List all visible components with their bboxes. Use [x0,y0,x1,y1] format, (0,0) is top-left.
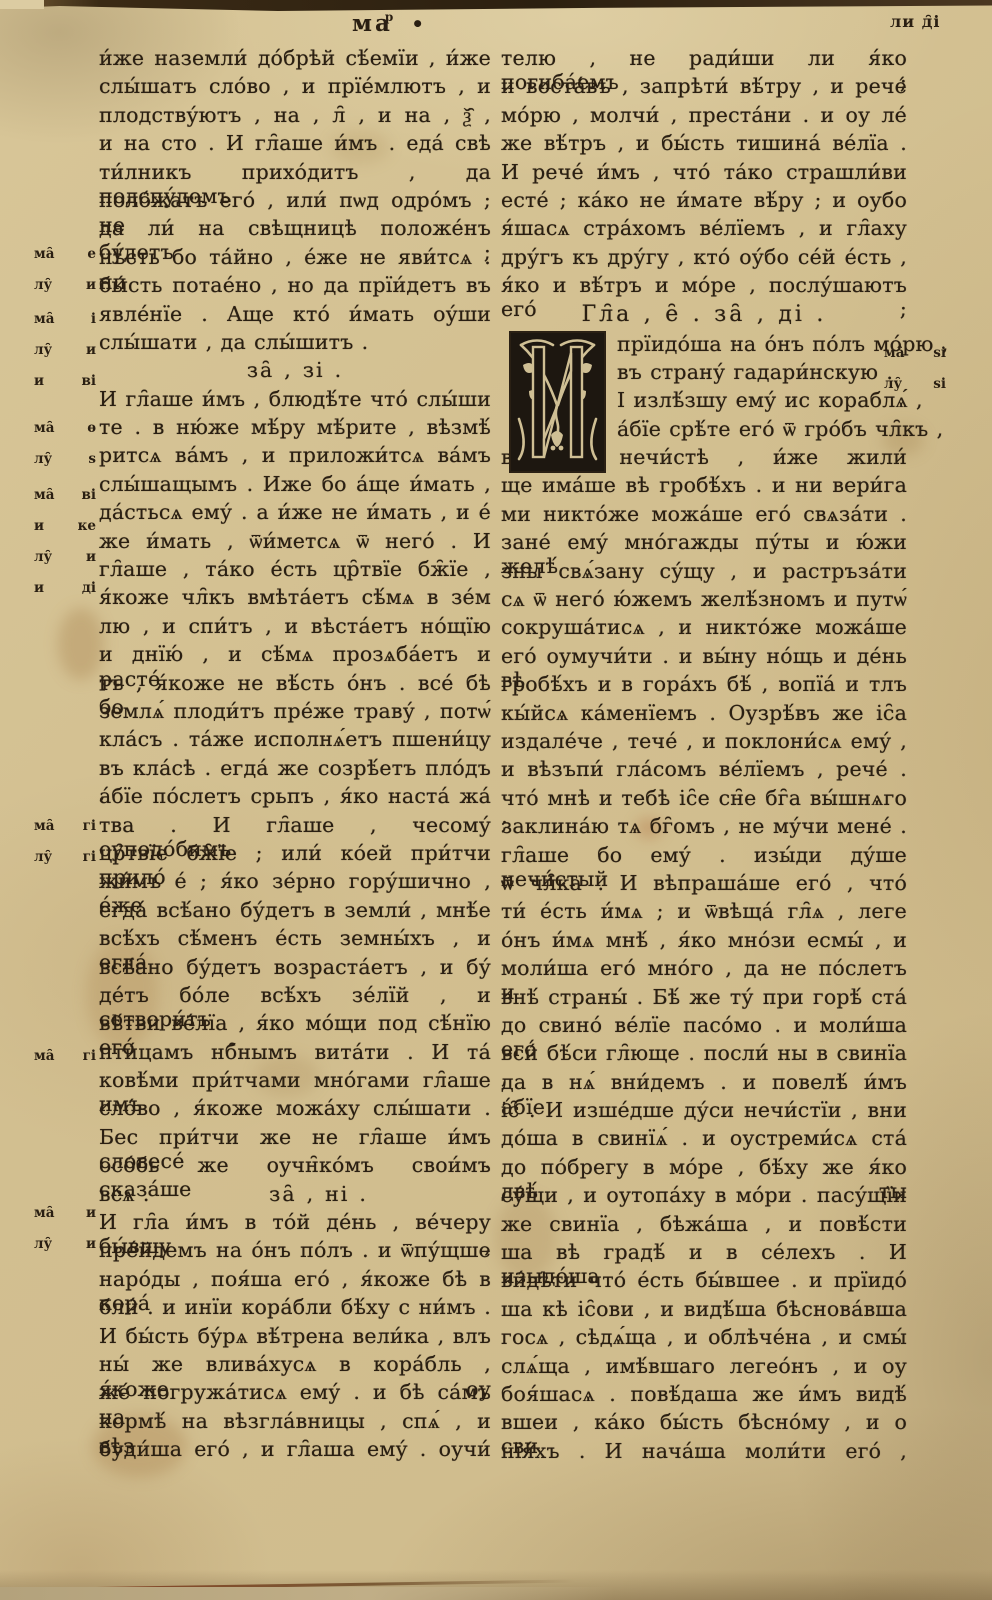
text-line: внѣ́ страны́ . Бѣ́ же ту́ при горѣ́ ста́ [501,985,907,1013]
text-line: пре́йдемъ на о́нъ по́лъ . и ѿпу́щше [99,1238,491,1266]
margin-note-label: лу̑ [34,451,52,482]
margin-note-label: лу̑ [884,376,902,407]
margin-note-number: гі [83,818,96,849]
text-line: егда́ всѣ́ано бу́детъ в земли́ , мнѣ́е [99,898,491,926]
margin-note: ма̑ѳлу̑ѕ [34,420,96,482]
margin-note-row: ике [34,518,96,549]
text-line: вшеи , ка́ко бы́сть бѣсно́му , и о сви [501,1410,907,1438]
text-line: вси́ бѣ́си гл̑юще . посли́ ны в свинїа , [501,1041,907,1069]
margin-note-number: гі [83,849,96,880]
margin-note-row: ма̑е [34,246,96,277]
text-line: ковѣ́ми при́тчами мно́гами гл̑аше имъ [99,1068,491,1096]
margin-note-label: и [34,373,44,404]
text-line: я́коже чл̑къ вмѣта́етъ сѣ́мѧ в зе́м [99,585,491,613]
text-line: ще има́ше вѣ гробѣ́хъ . и ни вери́га [501,473,907,501]
text-line: до по́брегу в мо́ре , бѣ́ху же я́ко двѣ́… [501,1155,907,1183]
text-line: госѧ , сѣдѧ́ща , и облѣче́на , и смы́ [501,1325,907,1353]
margin-note-row: лу̑и [34,1236,96,1267]
zachalo-heading: за̑ , ні . [269,1182,368,1206]
text-line: кы́йсѧ ка́менїемъ . Оузрѣ́въ же іс̑а [501,701,907,729]
text-line: бли́ . и инїи кора́бли бѣ́ху с ни́мъ . [99,1295,491,1323]
margin-note-row: лу̑и [34,277,96,308]
margin-note: ма̑илу̑и [34,1205,96,1267]
text-line: сло́во , я́коже можа́ху слы́шати . [99,1096,491,1124]
text-line: и воста́въ , запрѣти́ вѣ́тру , и рече́ [501,74,907,102]
text-line: вѣ́тви ве́лїа , я́ко мо́щи под сѣ́нїю ег… [99,1011,491,1039]
margin-note: ма̑ѕілу̑ѕі [884,345,946,407]
margin-note-label: лу̑ [34,1236,52,1267]
margin-note-row: ма̑і [34,311,96,342]
text-line: до́ша в свинїѧ́ . и оустреми́сѧ ста́ [501,1126,907,1154]
text-line: ми никто́же можа́ше его́ свѧза́ти . [501,502,907,530]
text-line: въ кла́сѣ . егда́ же созрѣ́етъ пло́дъ , [99,756,491,784]
margin-note-number: ѕі [933,345,946,376]
text-line: же и́мать , ѿи́метсѧ ѿ него́ . И [99,529,491,557]
text-line: су́щи , и оутопа́ху в мо́ри . пасу́щїи [501,1183,907,1211]
text-line: нїя́хъ . И нача́ша моли́ти его́ , [501,1439,907,1467]
running-title-superscript: р [385,10,393,24]
text-line: ти́ е́сть и́мѧ ; и ѿвѣща́ гл̑ѧ , леге [501,899,907,927]
margin-note-label: лу̑ [34,849,52,880]
text-line: всѣ́ано бу́детъ возраста́етъ , и бу́ [99,955,491,983]
text-line: И рече́ и́мъ , что́ та́ко страшли́ви [501,160,907,188]
text-line: ны́ же влива́хусѧ в кора́бль , я́коже оу [99,1352,491,1380]
text-line: дру́гъ къ дру́гу , кто́ оу́бо се́й е́сть… [501,245,907,273]
text-line: тва . И гл̑аше , чесому́ оуподо́бимъ [99,813,491,841]
text-line: поло́жатъ его́ , или́ пѡд одро́мъ ; не [99,188,491,216]
text-line: же свинїа , бѣжа́ша , и повѣ́сти [501,1212,907,1240]
text-line: а́бїе по́слетъ срьпъ , я́ко наста́ жа́ [99,784,491,812]
text-line: ѿ чл̑ка . И вѣпраша́ше его́ , что́ [501,871,907,899]
page-top-edge [0,0,992,11]
margin-note-number: и [86,1236,96,1267]
text-line: кормѣ́ на вѣзгла́вницы , спѧ́ , и вѣз [99,1409,491,1437]
margin-note-label: лу̑ [34,342,52,373]
text-line: де́тъ бо́ле всѣ́хъ зе́лїй , и сотвори́тъ [99,983,491,1011]
margin-note-label: и [34,580,44,611]
right-column: телю , не ради́ши ли я́ко погиба́емъ ;и … [501,46,907,1467]
text-line: ша кѣ іс̑ови , и видѣ́ша бѣснова́вша [501,1297,907,1325]
margin-note-label: лу̑ [34,549,52,580]
text-line: іс̑ . И изше́дше ду́си нечи́стїи , вни [501,1098,907,1126]
margin-note-label: лу̑ [34,277,52,308]
text-line: да́стьсѧ ему́ . а и́же не и́мать , и е́ [99,500,491,528]
text-line: боя́шасѧ . повѣ́даша же и́мъ видѣ́ [501,1382,907,1410]
text-line: же вѣ́тръ , и бы́сть тишина́ ве́лїа . [501,131,907,159]
margin-note-label: и [34,518,44,549]
text-line: издале́че , тече́ , и поклони́сѧ ему́ , [501,729,907,757]
text-line: плодству́ютъ , на , л̑ , и на , ѯ̑ , [99,103,491,131]
text-line: что́ мнѣ и тебѣ іс̑е сн̑е бг̑а вы́шнѧго … [501,786,907,814]
margin-note-row: лу̑и [34,549,96,580]
margin-note-row: ма̑ві [34,487,96,518]
margin-note-row: ма̑ѕі [884,345,946,376]
margin-note-number: і [91,311,96,342]
text-line: пти́цамъ нб̑нымъ вита́ти . И та́ [99,1040,491,1068]
text-line: слы́шати , да слы́шитъ . [99,330,491,358]
text-line: сокруша́тисѧ , и никто́же можа́ше [501,615,907,643]
margin-note-number: ві [81,373,96,404]
scanned-page: мар• ли д̑і и́же наземли́ до́брѣй сѣ́емї… [0,0,992,1600]
drop-cap-initial [509,331,606,473]
text-line: кла́съ . та́же исполнѧ́етъ пшени́цу [99,727,491,755]
text-line: лю , и спи́тъ , и вѣста́етъ но́щїю [99,614,491,642]
left-column: и́же наземли́ до́брѣй сѣ́емїи , и́жеслы́… [99,46,491,1466]
text-line: я́ко и вѣ́тръ и мо́ре , послу́шаютъ его́… [501,273,907,301]
text-line: же́ погружа́тисѧ ему́ . и бѣ са́мъ на [99,1380,491,1408]
margin-note-number: ке [78,518,96,549]
margin-note-row: иві [34,373,96,404]
text-line: да в нѧ́ вни́демъ . и повелѣ́ и́мъ а́бїе [501,1070,907,1098]
running-title: мар• [352,10,424,37]
text-line: те . в ню́же мѣ́ру мѣ́рите , вѣзмѣ́ [99,415,491,443]
text-line: бы́сть потае́но , но да прїи́детъ въ [99,273,491,301]
margin-note-label: ма̑ [34,818,54,849]
zachalo-heading: за̑ , зі . [99,358,491,386]
text-line: и на сто . И гл̑аше и́мъ . еда́ свѣ [99,131,491,159]
text-line: И гл̑а и́мъ в то́й де́нь , ве́черу бы́вш… [99,1210,491,1238]
text-line: тъ , я́коже не вѣ́сть о́нъ . все́ бѣ бо [99,671,491,699]
margin-note-row: ма̑и [34,1205,96,1236]
text-line: всѧ . [99,1182,150,1206]
margin-note: ма̑елу̑и [34,246,96,308]
text-line: слѧ́ща , имѣ́вшаго легео́нъ , и оу [501,1354,907,1382]
text-line: есте́ ; ка́ко не и́мате вѣ́ру ; и оубо [501,188,907,216]
right-margin-notes: ма̑ѕілу̑ѕі [884,0,946,1600]
text-line: буди́ша его́ , и гл̑аша ему́ . оучи́ [99,1437,491,1465]
text-line: Бес при́тчи же не гл̑аше и́мъ словесе́ . [99,1125,491,1153]
text-line: мо́рю , молчи́ , преста́ни . и оу ле́ [501,103,907,131]
text-line: И гл̑аше и́мъ , блюдѣ́те что́ слы́ши [99,387,491,415]
text-line: слы́шатъ сло́во , и прїе́млютъ , и [99,74,491,102]
margin-note-row: лу̑и [34,342,96,373]
running-title-dot: • [411,12,424,36]
text-line: явле́нїе . Аще кто́ и́мать оу́ши [99,302,491,330]
margin-note: ма̑ілу̑ииві [34,311,96,404]
margin-note-row: ма̑гі [34,1048,96,1079]
text-line: ша вѣ градѣ́ и в се́лехъ . И изыдо́ша [501,1240,907,1268]
text-line: ти́лникъ прихо́дитъ , да подспу́домъ [99,160,491,188]
text-line: слы́шащымъ . Иже бо а́ще и́мать , [99,472,491,500]
text-line: да ли́ на свѣщницѣ положе́нъ бу́детъ ; [99,216,491,244]
text-line: и́же наземли́ до́брѣй сѣ́емїи , и́же [99,46,491,74]
margin-note-number: и [86,1205,96,1236]
margin-note-row: ма̑ѳ [34,420,96,451]
margin-note-number: гі [83,1048,96,1079]
margin-note-row: лу̑гі [34,849,96,880]
text-line: гл̑аше бо ему́ . изы́ди ду́ше нечи́стый [501,843,907,871]
margin-note-row: лу̑ѕі [884,376,946,407]
text-line: И бы́сть бу́рѧ вѣ́трена вели́ка , влъ [99,1324,491,1352]
text-line: телю , не ради́ши ли я́ко погиба́емъ ; [501,46,907,74]
margin-note-label: ма̑ [34,311,54,342]
text-line: землѧ́ плоди́тъ пре́же траву́ , потѡ́ [99,699,491,727]
margin-note-number: ді [82,580,96,611]
text-line: зны свѧ́зану су́щу , и растръза́ти [501,559,907,587]
text-line: цр̑твїе бж̑їе ; или́ ко́ей при́тчи прило… [99,841,491,869]
text-line: и днїю́ , и сѣ́мѧ прозѧба́етъ и расте́ [99,642,491,670]
text-line: наро́ды , поя́ша его́ , я́коже бѣ в кора… [99,1267,491,1295]
margin-note: ма̑гілу̑гі [34,818,96,880]
margin-note-number: и [86,549,96,580]
text-line: ритсѧ ва́мъ , и приложи́тсѧ ва́мъ [99,443,491,471]
margin-note-label: ма̑ [34,1205,54,1236]
text-line: о́нъ и́мѧ мнѣ́ , я́ко мно́зи есмы́ , и [501,928,907,956]
margin-note-row: иді [34,580,96,611]
margin-note-number: ѕ [88,451,96,482]
margin-note-label: ма̑ [34,1048,54,1079]
margin-note-label: ма̑ [884,345,904,376]
margin-note-label: ма̑ [34,487,54,518]
margin-note-number: ѳ [87,420,96,451]
text-line: ви́дѣти что́ е́сть бы́вшее . и прїидо́ [501,1268,907,1296]
margin-note-label: ма̑ [34,246,54,277]
margin-note-number: ѕі [933,376,946,407]
text-line: зане́ ему́ мно́гажды пу́ты и ю́жи желѣ́ [501,530,907,558]
text-line: всѧ .за̑ , ні . [99,1182,491,1210]
margin-note: ма̑віикелу̑ииді [34,487,96,611]
margin-note-number: и [86,277,96,308]
text-line: и вѣзъпи́ гла́сомъ ве́лїемъ , рече́ . [501,757,907,785]
text-line: гробѣ́хъ и в гора́хъ бѣ́ , вопїа́ и тлъ [501,672,907,700]
text-line: нѣ́сть бо та́йно , е́же не яви́тсѧ . ни [99,245,491,273]
left-margin-notes: ма̑елу̑има̑ілу̑иивіма̑ѳлу̑ѕма̑віикелу̑ии… [34,0,96,1600]
margin-note: ма̑гі [34,1048,96,1079]
margin-note-number: и [86,342,96,373]
text-line: его́ оумучи́ти . и вы́ну но́щь и де́нь в… [501,644,907,672]
text-line: сѧ ѿ него́ ю́жемъ желѣ́зномъ и путѡ́ [501,587,907,615]
text-line: я́шасѧ стра́хомъ ве́лїемъ , и гл̑аху [501,216,907,244]
margin-note-number: е [87,246,96,277]
margin-note-label: ма̑ [34,420,54,451]
text-line: жи́мъ е́ ; я́ко зе́рно гору́шично , е́же [99,869,491,897]
text-line: осо́бь же оучн̑ко́мъ свои́мъ сказа́ше [99,1153,491,1181]
margin-note-row: лу̑ѕ [34,451,96,482]
text-line: всѣ́хъ сѣ́менъ е́сть земны́хъ , и егда́ [99,926,491,954]
margin-note-number: ві [81,487,96,518]
text-line: заклина́ю тѧ бг̑омъ , не му́чи мене́ . [501,814,907,842]
margin-note-row: ма̑гі [34,818,96,849]
text-line: моли́ша его́ мно́го , да не по́слетъ и [501,956,907,984]
under-page-edge [0,1587,615,1600]
text-line: гл̑аше , та́ко е́сть цр̑твїе бж̑їе , [99,557,491,585]
text-line: до свино́ ве́лїе пасо́мо . и моли́ша его… [501,1013,907,1041]
